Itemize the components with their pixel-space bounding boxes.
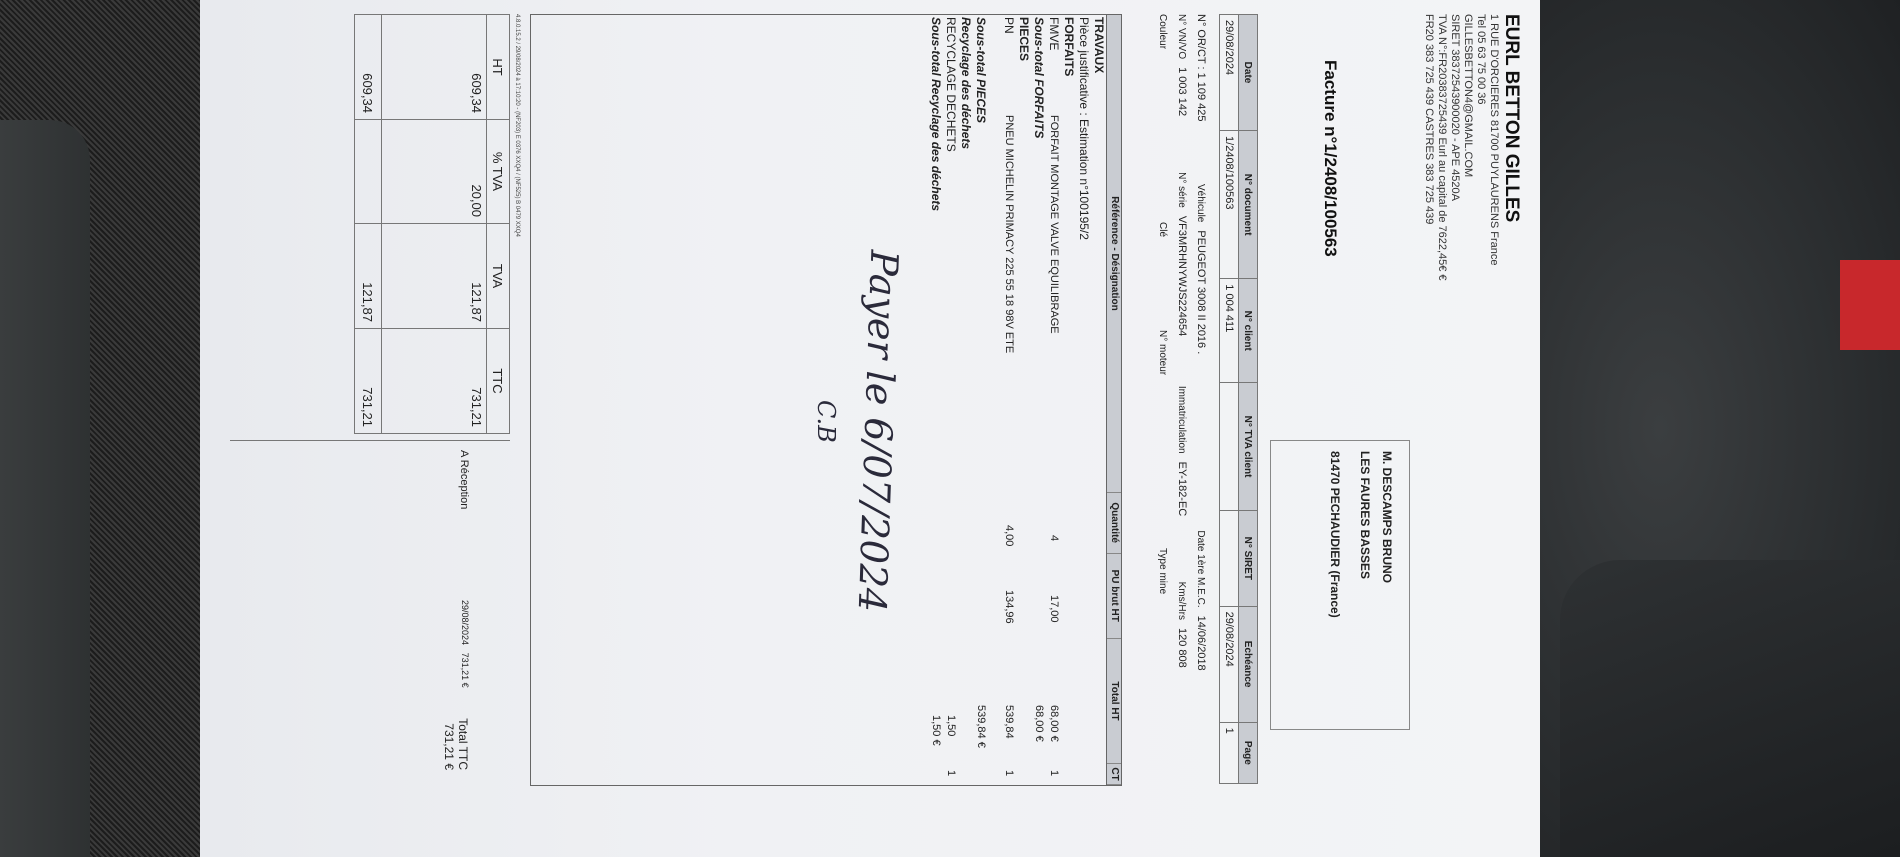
header-client: N° client — [1239, 279, 1258, 383]
sum-ttc: 731,21 — [355, 328, 382, 433]
value-tva-client — [1220, 383, 1239, 511]
vnvo-label: N° VN/VO — [1172, 14, 1191, 59]
section-forfaits-title: FORFAITS — [1061, 15, 1076, 785]
client-address-1: LES FAURES BASSES — [1357, 451, 1373, 719]
company-tva: TVA N°:FR20383725439 Eurl au capital de … — [1435, 14, 1448, 281]
tot-header-tva-rate: % TVA — [487, 119, 510, 223]
vat-totals-table: HT % TVA TVA TTC 609,34 20,00 121,87 731… — [354, 14, 510, 434]
client-address-box: M. DESCAMPS BRUNO LES FAURES BASSES 8147… — [1270, 440, 1410, 730]
travaux-heading: TRAVAUX — [1091, 15, 1106, 785]
tot-ttc: 731,21 — [382, 328, 487, 433]
item-designation: PNEU MICHELIN PRIMACY 225 55 18 98V ETE — [1001, 115, 1016, 395]
value-document: 1/2408/100563 — [1220, 131, 1239, 279]
item-ref: FMVE — [1047, 17, 1061, 50]
item-ref: RECYCLAGE DECHETS — [944, 17, 958, 152]
company-email: GILLESBETTON4@GMAIL.COM — [1461, 14, 1474, 281]
value-siret — [1220, 511, 1239, 607]
section-recyclage-title: Recyclage des déchets — [958, 15, 973, 785]
serie-label: N° série — [1172, 172, 1191, 208]
tot-header-ht: HT — [487, 15, 510, 120]
subtotal-label: Sous-total PIECES — [974, 17, 988, 123]
col-reference: Référence - Désignation — [1107, 15, 1121, 493]
moteur-label: N° moteur — [1153, 330, 1172, 540]
background-seat-leather — [0, 120, 90, 857]
header-page: Page — [1239, 722, 1258, 783]
serie-value: VF3MRHNYWJS224654 — [1172, 216, 1191, 386]
item-ct: 1 — [1001, 770, 1016, 776]
value-date: 29/08/2024 — [1220, 15, 1239, 131]
payment-mode: A Réception — [458, 450, 470, 509]
value-page: 1 — [1220, 722, 1239, 783]
item-pu: 134,96 — [1001, 590, 1016, 624]
background-seat-cushion — [1560, 560, 1900, 857]
couleur-label: Couleur — [1153, 14, 1172, 214]
item-ct: 1 — [943, 770, 958, 776]
typemine-label: Type mine — [1153, 548, 1172, 594]
subtotal-value: 68,00 € — [1031, 705, 1046, 742]
subtotal-value: 539,84 € — [973, 705, 988, 748]
line-item: RECYCLAGE DECHETS 1,50 1 — [943, 15, 958, 785]
value-echeance: 29/08/2024 — [1220, 606, 1239, 722]
col-unit-price: PU brut HT — [1107, 554, 1121, 639]
header-date: Date — [1239, 15, 1258, 131]
company-header: EURL BETTON GILLES 1 RUE D'ORCIERES 8170… — [1422, 14, 1522, 281]
tot-tva-rate: 20,00 — [382, 119, 487, 223]
vnvo-value: 1 003 142 — [1172, 67, 1191, 172]
background-red-object — [1840, 260, 1900, 350]
mec-value: 14/06/2018 — [1191, 616, 1210, 671]
handwritten-initials: C.B — [812, 400, 840, 443]
lines-header: Référence - Désignation Quantité PU brut… — [1106, 15, 1121, 785]
client-address-2: 81470 PECHAUDIER (France) — [1327, 451, 1343, 719]
subtotal-pieces: Sous-total PIECES 539,84 € — [973, 15, 988, 785]
tot-ht: 609,34 — [382, 15, 487, 120]
item-designation: FORFAIT MONTAGE VALVE EQUILIBRAGE — [1046, 115, 1061, 334]
company-tel: Tel 05 63 75 00 36 — [1474, 14, 1487, 281]
company-siret: SIRET 38372543900020 - APE 4520A — [1448, 14, 1461, 281]
tot-tva: 121,87 — [382, 223, 487, 328]
sum-ht: 609,34 — [355, 15, 382, 120]
subtotal-label: Sous-total FORFAITS — [1032, 17, 1046, 138]
item-ct: 1 — [1046, 770, 1061, 776]
item-qty: 4,00 — [1001, 525, 1016, 546]
value-client: 1 004 411 — [1220, 279, 1239, 383]
line-item: FMVE FORFAIT MONTAGE VALVE EQUILIBRAGE 4… — [1046, 15, 1061, 785]
vehicle-info: N° OR/CT : 1 109 425 Véhicule PEUGEOT 30… — [1153, 14, 1210, 784]
kms-value: 120 808 — [1172, 628, 1191, 668]
vehicule-value: PEUGEOT 3008 II 2016 . — [1191, 230, 1210, 530]
invoice-header-table: Date N° document N° client N° TVA client… — [1219, 14, 1258, 784]
header-tva-client: N° TVA client — [1239, 383, 1258, 511]
company-address: 1 RUE D'ORCIERES 81700 PUYLAURENS France — [1487, 14, 1500, 281]
total-ttc-label: Total TTC — [456, 700, 470, 770]
company-name: EURL BETTON GILLES — [1500, 14, 1522, 281]
subtotal-forfaits: Sous-total FORFAITS 68,00 € — [1031, 15, 1046, 785]
kms-label: Kms/Hrs — [1172, 582, 1191, 620]
col-ct: CT — [1107, 764, 1121, 785]
col-total: Total HT — [1107, 639, 1121, 764]
payment-date: 29/08/2024 — [460, 600, 470, 645]
company-rcs: FR20 383 725 439 CASTRES 383 725 439 — [1422, 14, 1435, 281]
col-quantity: Quantité — [1107, 493, 1121, 554]
item-total: 539,84 — [1001, 705, 1016, 739]
cle-label: Clé — [1153, 222, 1172, 322]
item-qty: 4 — [1046, 535, 1061, 541]
section-pieces-title: PIECES — [1016, 15, 1031, 785]
item-pu: 17,00 — [1046, 595, 1061, 623]
item-total: 68,00 € — [1046, 705, 1061, 742]
immat-value: EY-182-EC — [1172, 462, 1191, 582]
mec-label: Date 1ère M.E.C. — [1191, 530, 1210, 607]
invoice-title: Facture n°1/2408/100563 — [1320, 60, 1340, 257]
subtotal-recyclage: Sous-total Recyclage des déchets 1,50 € — [928, 15, 943, 785]
piece-justificative: Pièce justificative : Estimation n°10019… — [1076, 15, 1091, 785]
client-name: M. DESCAMPS BRUNO — [1379, 451, 1395, 719]
total-ttc-block: Total TTC 731,21 € — [442, 700, 470, 770]
invoice-page: EURL BETTON GILLES 1 RUE D'ORCIERES 8170… — [200, 0, 1540, 857]
subtotal-value: 1,50 € — [928, 715, 943, 746]
line-item: PN PNEU MICHELIN PRIMACY 225 55 18 98V E… — [988, 15, 1016, 785]
total-ttc-value: 731,21 € — [442, 700, 456, 770]
header-document: N° document — [1239, 131, 1258, 279]
immat-label: Immatriculation — [1172, 386, 1191, 454]
header-siret: N° SIRET — [1239, 511, 1258, 607]
item-total: 1,50 — [943, 715, 958, 736]
payment-schedule: 29/08/2024 731,21 € — [460, 600, 470, 688]
item-ref: PN — [1002, 17, 1016, 34]
sum-tva: 121,87 — [355, 223, 382, 328]
vehicule-label: Véhicule — [1191, 184, 1210, 222]
sum-tva-rate — [355, 119, 382, 223]
software-footer-line: 4.8.0.15.2 / 29/08/2024 à 17:10:20 - (NF… — [514, 14, 520, 237]
tot-header-tva: TVA — [487, 223, 510, 328]
subtotal-label: Sous-total Recyclage des déchets — [929, 17, 943, 211]
or-ct-number: N° OR/CT : 1 109 425 — [1191, 14, 1210, 184]
tot-header-ttc: TTC — [487, 328, 510, 433]
header-echeance: Echéance — [1239, 606, 1258, 722]
payment-amount: 731,21 € — [460, 653, 470, 688]
